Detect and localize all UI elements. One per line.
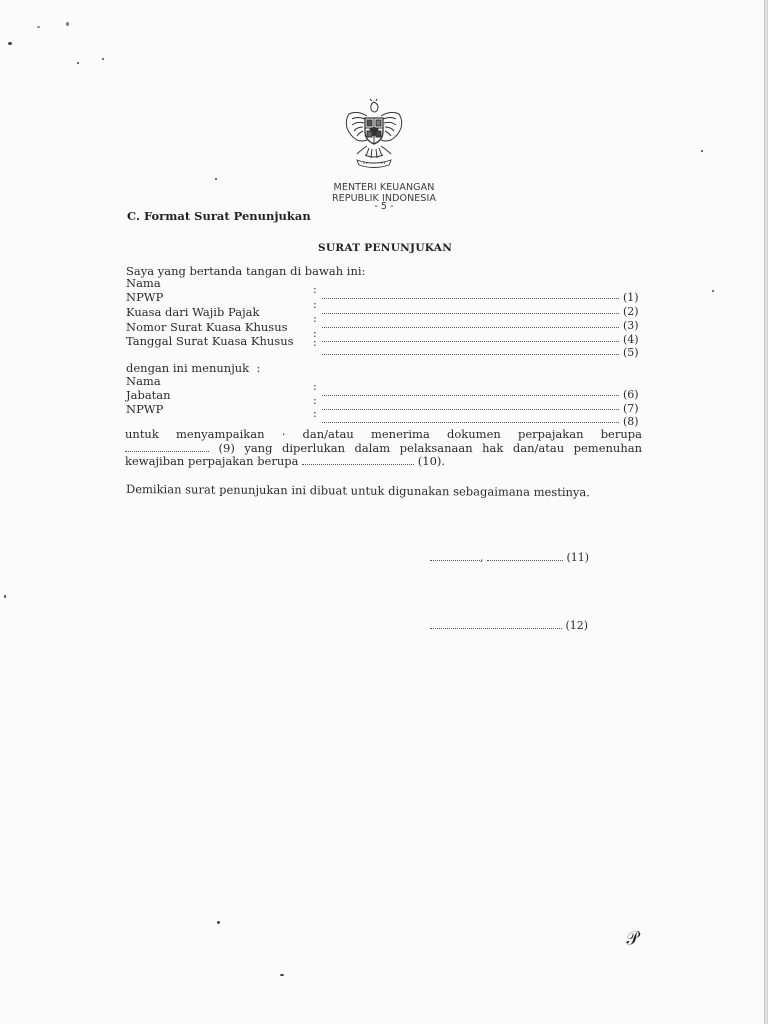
ministry-letterhead: MENTERI KEUANGAN REPUBLIK INDONESIA - 5 … — [326, 182, 442, 210]
colon: : — [313, 312, 317, 326]
field-number-5: (5) — [623, 346, 639, 360]
scan-speck — [701, 150, 703, 152]
purpose-line-3: kewajiban perpajakan berupa (10). — [125, 455, 642, 469]
purpose-line-3-number: (10). — [418, 454, 445, 468]
scan-speck — [712, 290, 714, 292]
field-number-6: (6) — [623, 388, 639, 402]
scan-speck — [37, 26, 40, 28]
fill-line-date[interactable] — [487, 551, 563, 561]
garuda-emblem-icon — [343, 98, 405, 174]
field-label-tanggal-surat: Tanggal Surat Kuasa Khusus — [126, 334, 294, 348]
field-label-kuasa: Kuasa dari Wajib Pajak — [126, 305, 259, 319]
ministry-name: MENTERI KEUANGAN — [326, 182, 442, 193]
closing-statement: Demikian surat penunjukan ini dibuat unt… — [126, 482, 590, 499]
purpose-line-3-text: kewajiban perpajakan berupa — [125, 454, 298, 468]
field-number-4: (4) — [623, 333, 639, 347]
intro-text: Saya yang bertanda tangan di bawah ini: — [126, 264, 365, 278]
scan-speck — [66, 22, 69, 26]
fill-line-4[interactable] — [322, 341, 619, 342]
scan-speck — [77, 62, 79, 64]
scan-speck — [215, 178, 217, 180]
scan-speck — [280, 974, 284, 976]
field-number-7: (7) — [623, 402, 639, 416]
fill-line-5[interactable] — [322, 354, 619, 355]
field-label-nama: Nama — [126, 276, 161, 290]
fill-line-2[interactable] — [322, 313, 619, 314]
purpose-line-2: (9) yang diperlukan dalam pelaksanaan ha… — [125, 442, 642, 456]
signer-name-line: (12) — [430, 619, 588, 633]
handwritten-initial: 𝒫 — [625, 927, 641, 950]
fill-line-10[interactable] — [302, 455, 414, 465]
purpose-paragraph: untuk menyampaikan · dan/atau menerima d… — [125, 428, 642, 469]
document-title: SURAT PENUNJUKAN — [318, 242, 452, 254]
page-number: - 5 - — [326, 203, 442, 210]
scan-speck — [217, 921, 220, 924]
place-date-comma: , — [480, 551, 484, 564]
purpose-line-2-text: (9) yang diperlukan dalam pelaksanaan ha… — [219, 441, 642, 455]
appointee-label-nama: Nama — [126, 374, 161, 388]
place-date-number: (11) — [567, 551, 590, 564]
scan-speck — [102, 58, 104, 60]
colon: : — [313, 407, 317, 421]
fill-line-signer-name[interactable] — [430, 619, 562, 629]
signer-name-number: (12) — [566, 619, 589, 632]
field-number-1: (1) — [623, 291, 639, 305]
colon: : — [313, 394, 317, 408]
appointment-intro: dengan ini menunjuk : — [126, 361, 260, 375]
fill-line-1[interactable] — [322, 298, 619, 299]
scan-speck — [4, 595, 6, 598]
fill-line-place[interactable] — [430, 551, 480, 561]
colon: : — [313, 380, 317, 394]
fill-line-3[interactable] — [322, 327, 619, 328]
page-edge — [764, 0, 765, 1024]
purpose-line-1: untuk menyampaikan · dan/atau menerima d… — [125, 428, 642, 442]
fill-line-7[interactable] — [322, 409, 619, 410]
fill-line-9[interactable] — [125, 442, 209, 452]
field-number-2: (2) — [623, 305, 639, 319]
field-number-3: (3) — [623, 319, 639, 333]
appointee-label-jabatan: Jabatan — [126, 388, 171, 402]
section-heading: C. Format Surat Penunjukan — [127, 209, 311, 223]
fill-line-8[interactable] — [322, 422, 619, 423]
place-date-line: , (11) — [430, 551, 589, 565]
field-label-npwp: NPWP — [126, 290, 163, 304]
appointee-label-npwp: NPWP — [126, 402, 163, 416]
fill-line-6[interactable] — [322, 395, 619, 396]
scan-speck — [8, 42, 12, 45]
field-label-nomor-surat: Nomor Surat Kuasa Khusus — [126, 320, 288, 334]
colon: : — [313, 298, 317, 312]
colon: : — [313, 283, 317, 297]
colon: : — [313, 336, 317, 350]
